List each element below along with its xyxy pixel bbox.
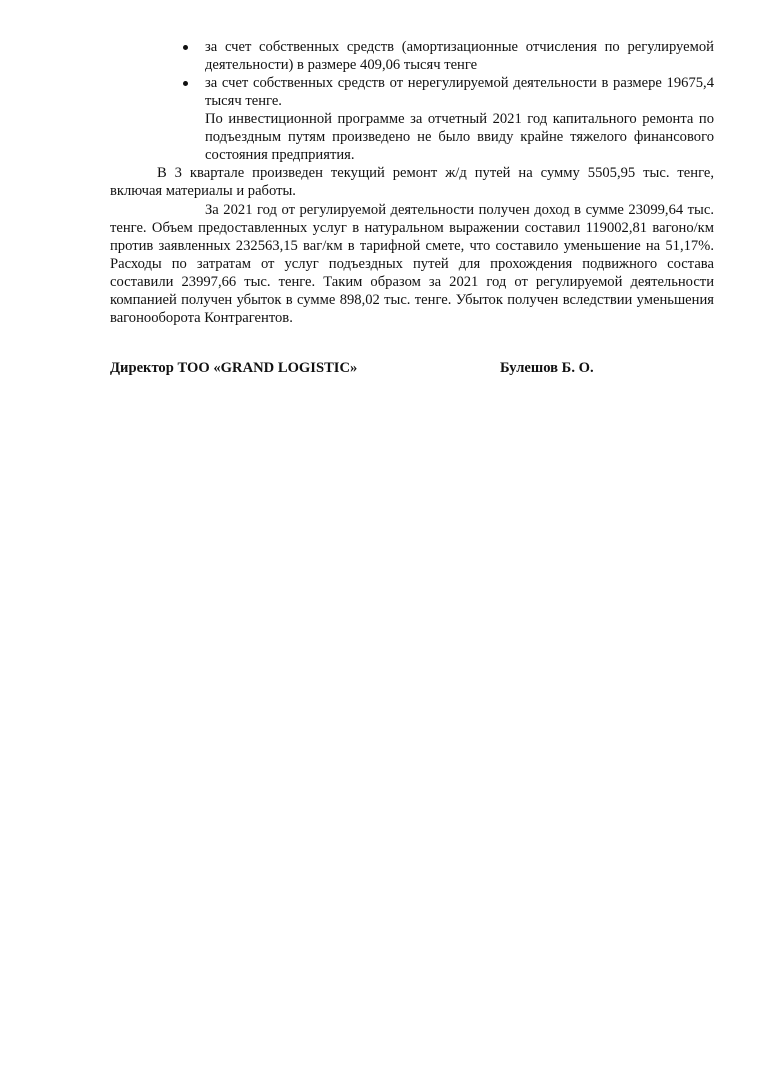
list-item: за счет собственных средств от нерегулир…	[175, 74, 714, 110]
signature-block: Директор ТОО «GRAND LOGISTIC» Булешов Б.…	[110, 359, 714, 379]
bullet-text: за счет собственных средств от нерегулир…	[205, 75, 714, 109]
funding-sources-list: за счет собственных средств (амортизацио…	[175, 38, 714, 110]
repair-paragraph: В 3 квартале произведен текущий ремонт ж…	[110, 164, 714, 200]
signatory-position: Директор ТОО «GRAND LOGISTIC»	[110, 359, 357, 377]
list-item: за счет собственных средств (амортизацио…	[175, 38, 714, 74]
bullet-text: за счет собственных средств (амортизацио…	[205, 39, 714, 73]
signatory-name: Булешов Б. О.	[500, 359, 594, 377]
investment-program-note: По инвестиционной программе за отчетный …	[205, 110, 714, 164]
bullet-icon	[183, 81, 188, 86]
document-page: за счет собственных средств (амортизацио…	[0, 0, 768, 1086]
income-paragraph: За 2021 год от регулируемой деятельности…	[110, 201, 714, 327]
bullet-icon	[183, 45, 188, 50]
